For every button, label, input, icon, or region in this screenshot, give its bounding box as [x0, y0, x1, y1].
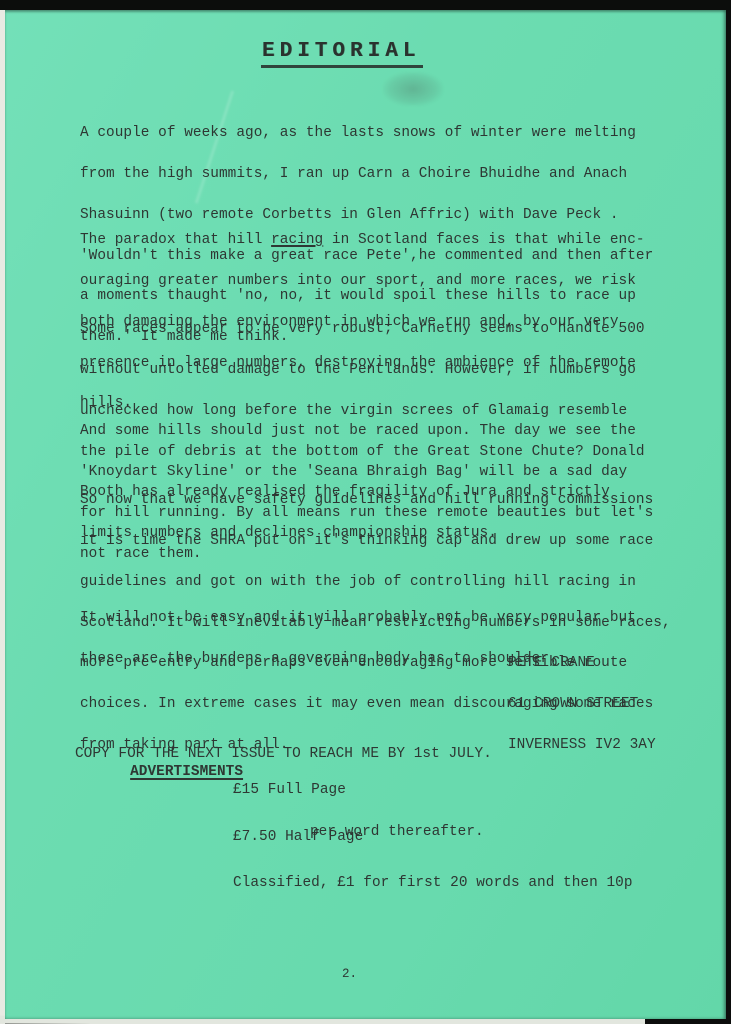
signature-city: INVERNESS IV2 3AY	[508, 739, 656, 753]
text-line: So now that we have safety guidelines an…	[80, 494, 671, 508]
text-line: it is time the SHRA put on it's thinking…	[80, 535, 671, 549]
rate-line: Classified, £1 for first 20 words and th…	[233, 876, 633, 892]
advertisement-rate-continuation: per word thereafter.	[310, 799, 484, 867]
text-line: And some hills should just not be raced …	[80, 425, 653, 439]
text-line: A couple of weeks ago, as the lasts snow…	[80, 127, 653, 141]
scanned-newsletter-page: EDITORIAL A couple of weeks ago, as the …	[0, 0, 731, 1024]
text-line: The paradox that hill racing in Scotland…	[80, 234, 645, 248]
rate-line: £15 Full Page	[233, 783, 633, 799]
text-line: It will not be easy and it will probably…	[80, 612, 636, 626]
underlined-word: racing	[271, 232, 323, 248]
editorial-title: EDITORIAL	[261, 40, 423, 63]
advertisements-heading: ADVERTISMENTS	[78, 752, 243, 793]
paper-sheet: EDITORIAL A couple of weeks ago, as the …	[5, 10, 726, 1019]
rate-line: per word thereafter.	[310, 826, 484, 840]
page-title: EDITORIAL	[261, 40, 423, 68]
text-line: without untolled damage to the Pentlands…	[80, 364, 645, 378]
text-line: from the high summits, I ran up Carn a C…	[80, 168, 653, 182]
signature-name: PETE CRANE	[508, 657, 656, 671]
section-heading: ADVERTISMENTS	[130, 764, 243, 780]
text-line: ouraging greater numbers into our sport,…	[80, 275, 645, 289]
page-number: 2.	[342, 968, 357, 982]
text-segment: The paradox that hill	[80, 232, 271, 248]
signature-street: 61 CROWN STREET	[508, 698, 656, 712]
text-line: Some races appear to be very robust; Car…	[80, 323, 645, 337]
text-segment: in Scotland faces is that while enc-	[323, 232, 644, 248]
